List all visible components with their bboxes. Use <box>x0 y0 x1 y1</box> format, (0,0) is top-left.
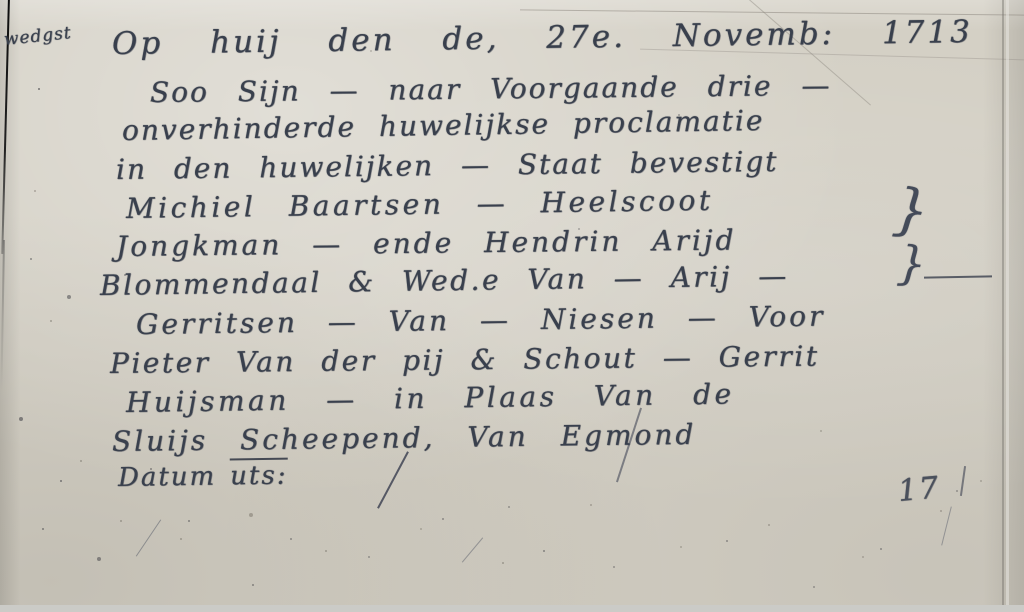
pen-scratch <box>377 451 409 508</box>
handwriting-line-10: Huijsman — in Plaas Van de <box>126 378 735 419</box>
handwriting-line-6: Jongkman — ende Hendrin Arijd <box>116 224 737 263</box>
paper-specks <box>120 520 122 522</box>
ink-specks <box>38 88 40 90</box>
uts-abbreviation: uts: <box>230 458 288 492</box>
pen-scratch <box>941 506 952 545</box>
ink-flourish-upper: } <box>890 176 932 244</box>
right-fold-highlight <box>1006 0 1009 612</box>
flourish-trailing-dash <box>924 275 992 278</box>
binding-edge-line-faint <box>0 240 5 390</box>
page-number: 17 <box>896 470 941 509</box>
handwriting-line-2: Soo Sijn — naar Voorgaande drie — <box>150 69 832 109</box>
handwriting-line-1: Op huij den de, 27e. Novemb: 1713 <box>112 14 973 62</box>
handwriting-line-4: in den huwelijken — Staat bevestigt <box>116 145 779 186</box>
right-fold-line <box>1002 0 1004 612</box>
ink-flourish-lower: } <box>895 235 928 291</box>
pen-scratch <box>136 519 161 556</box>
scan-bottom-edge <box>0 605 1024 612</box>
handwriting-line-3: onverhinderde huwelijkse proclamatie <box>122 104 765 147</box>
handwriting-line-11: Sluijs Scheepend, Van Egmond <box>112 418 697 458</box>
handwriting-line-8: Gerritsen — Van — Niesen — Voor <box>136 300 826 341</box>
manuscript-scan: wedgst Op huij den de, 27e. Novemb: 1713… <box>0 0 1024 612</box>
pen-scratch <box>960 466 966 496</box>
handwriting-line-12: Datumuts: <box>118 461 288 493</box>
pen-scratch <box>462 537 483 562</box>
margin-note: wedgst <box>3 23 73 50</box>
handwriting-line-9: Pieter Van der pij & Schout — Gerrit <box>110 340 820 380</box>
handwriting-line-7: Blommendaal & Wed.e Van — Arij — <box>100 259 789 302</box>
datum-word: Datum <box>118 462 217 493</box>
handwriting-line-5: Michiel Baartsen — Heelscoot <box>126 184 714 225</box>
